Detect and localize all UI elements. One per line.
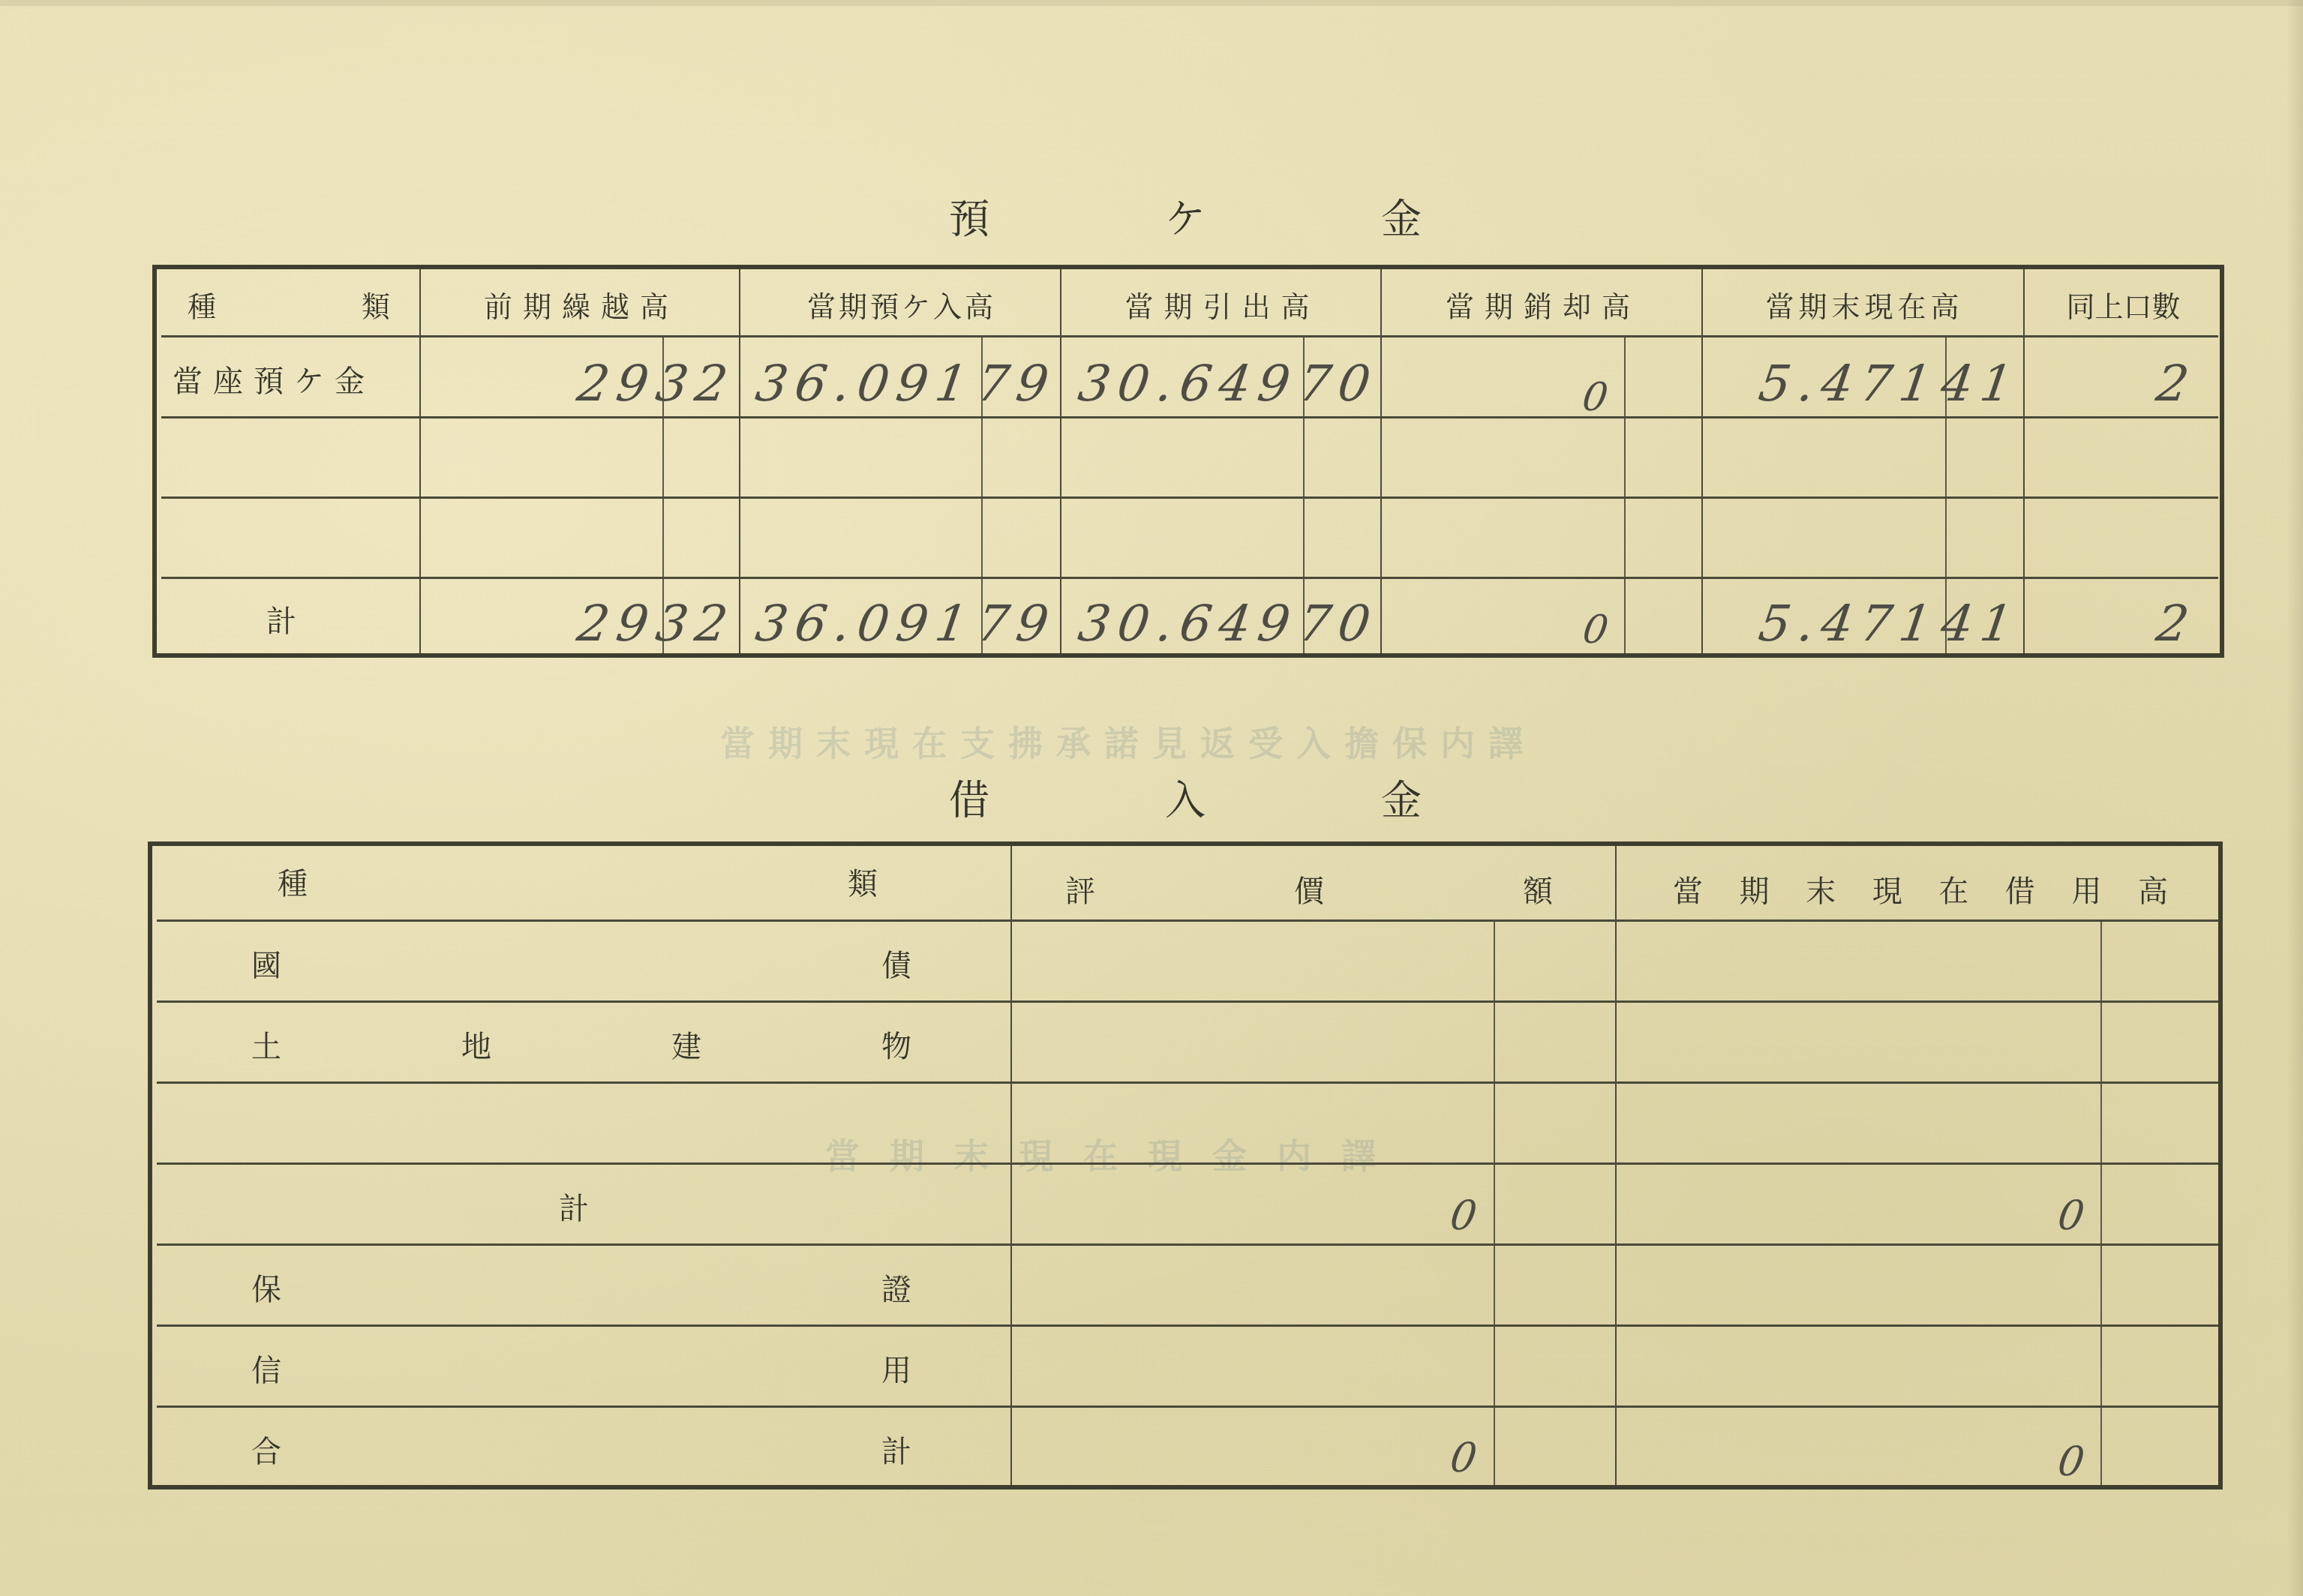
row-divider (161, 577, 2218, 579)
borrow-kind-grand-total: 合 計 (251, 1411, 911, 1486)
grand-total-borrowed: 0 (1623, 1417, 2098, 1485)
deposits-title-char: 金 (1381, 187, 1422, 245)
borrow-header-valuation: 評 價 額 (1065, 855, 1553, 922)
deposits-title: 預 ケ 金 (949, 187, 1422, 245)
yen-sen-divider (2100, 921, 2102, 1485)
borrowings-title-char: 借 (949, 769, 989, 826)
row-divider (157, 1405, 2218, 1408)
total-deposited-yen: 36.091 (742, 585, 980, 652)
header-withdrawn: 當期引出高 (1064, 274, 1380, 334)
header-label: 當期銷却高 (1446, 283, 1641, 325)
header-period-end-balance: 當期末現在高 (1706, 274, 2023, 334)
header-deposited: 當期預ケ入高 (743, 274, 1060, 334)
header-char: 高 (2138, 868, 2168, 910)
withdrawn-yen: 30.649 (1061, 345, 1303, 412)
header-written-off: 當期銷却高 (1385, 274, 1701, 334)
kind-char: 地 (461, 1023, 491, 1066)
total-withdrawn-yen: 30.649 (1061, 585, 1303, 652)
column-divider (419, 269, 421, 653)
kind-char: 計 (559, 1185, 589, 1228)
prev-carryover-sen: 32 (662, 345, 740, 412)
header-char: 借 (2005, 868, 2035, 910)
header-prev-carryover: 前期繰越高 (424, 274, 739, 334)
account-count: 2 (2023, 345, 2202, 412)
kind-char: 證 (881, 1266, 911, 1309)
column-divider (1701, 269, 1703, 653)
paper-edge (0, 0, 2303, 6)
borrowings-title-char: 金 (1381, 769, 1422, 826)
borrowings-title: 借 入 金 (949, 769, 1422, 826)
row-divider (157, 1081, 2218, 1084)
borrow-kind-subtotal: 計 (559, 1168, 604, 1243)
header-label: 當期預ケ入高 (807, 283, 996, 325)
kind-char: 物 (881, 1023, 911, 1066)
header-char: 期 (1740, 868, 1770, 910)
borrow-kind-credit: 信 用 (251, 1330, 911, 1405)
borrow-header-period-end-borrowed: 當 期 末 現 在 借 用 高 (1673, 855, 2168, 922)
total-prev-carryover-sen: 32 (662, 585, 740, 652)
row-divider (157, 1243, 2218, 1246)
column-divider (1615, 846, 1617, 1485)
header-char: 現 (1872, 868, 1902, 910)
deposits-title-char: ケ (1165, 187, 1206, 245)
header-char: 當 (1673, 868, 1703, 910)
header-kind: 種 類 (188, 274, 390, 334)
borrow-kind-land-buildings: 土 地 建 物 (251, 1006, 911, 1081)
header-char: 評 (1065, 868, 1095, 910)
row-divider (157, 1162, 2218, 1165)
row-divider (161, 496, 2218, 499)
kind-char: 保 (251, 1266, 281, 1309)
header-char: 價 (1294, 868, 1324, 910)
bleed-through-heading: 當期末現在支拂承諾見返受入擔保内譯 (720, 716, 1536, 766)
deposit-total-label: 計 (266, 585, 311, 652)
header-account-count: 同上口數 (2028, 274, 2219, 334)
header-char: 末 (1806, 868, 1836, 910)
grand-total-valuation: 0 (1016, 1414, 1491, 1481)
kind-char: 信 (251, 1347, 281, 1390)
header-kind-char: 種 (278, 860, 308, 903)
kind-char: 合 (251, 1428, 281, 1471)
paper-edge-shadow (2286, 0, 2303, 1596)
header-kind-char: 種 (188, 283, 216, 325)
total-period-end-balance-yen: 5.471 (1706, 585, 1944, 652)
deposit-kind: 當座預ケ金 (173, 345, 413, 412)
header-char: 用 (2071, 868, 2101, 910)
period-end-balance-sen: 41 (1944, 345, 2025, 412)
total-account-count: 2 (2023, 585, 2202, 652)
subtotal-valuation: 0 (1016, 1171, 1491, 1239)
row-divider (157, 1000, 2218, 1003)
subtotal-borrowed: 0 (1623, 1171, 2098, 1239)
kind-char: 土 (251, 1023, 281, 1066)
row-divider (161, 335, 2218, 337)
kind-char: 國 (251, 942, 281, 985)
column-divider (1060, 269, 1061, 653)
kind-char: 用 (881, 1347, 911, 1390)
row-divider (161, 416, 2218, 418)
header-label: 當期引出高 (1124, 283, 1320, 325)
header-kind-char: 類 (362, 283, 390, 325)
kind-char: 債 (881, 942, 911, 985)
total-prev-carryover-yen: 29 (423, 585, 662, 652)
borrow-kind-guarantee: 保 證 (251, 1249, 911, 1324)
period-end-balance-yen: 5.471 (1706, 345, 1944, 412)
header-label: 同上口數 (2066, 283, 2180, 325)
yen-sen-divider (1624, 337, 1626, 653)
header-char: 額 (1523, 868, 1553, 910)
total-deposited-sen: 79 (980, 585, 1061, 652)
kind-char: 計 (881, 1428, 911, 1471)
borrow-header-kind: 種 類 (278, 847, 878, 915)
header-kind-char: 類 (848, 860, 878, 903)
deposited-sen: 79 (980, 345, 1061, 412)
borrow-kind-government-bonds: 國 債 (251, 925, 911, 1000)
prev-carryover-yen: 29 (423, 345, 662, 412)
yen-sen-divider (1494, 921, 1495, 1485)
row-divider (157, 1324, 2218, 1327)
column-divider (739, 269, 740, 653)
header-label: 前期繰越高 (484, 283, 679, 325)
header-char: 在 (1938, 868, 1968, 910)
header-label: 當期末現在高 (1765, 283, 1963, 325)
deposits-title-char: 預 (949, 187, 989, 245)
borrowings-title-char: 入 (1165, 769, 1206, 826)
deposited-yen: 36.091 (742, 345, 980, 412)
total-withdrawn-sen: 70 (1302, 585, 1383, 652)
column-divider (1010, 846, 1012, 1485)
total-written-off-yen: 0 (1383, 592, 1620, 652)
kind-char: 建 (671, 1023, 701, 1066)
total-period-end-balance-sen: 41 (1944, 585, 2025, 652)
written-off-yen: 0 (1383, 352, 1622, 420)
withdrawn-sen: 70 (1302, 345, 1383, 412)
